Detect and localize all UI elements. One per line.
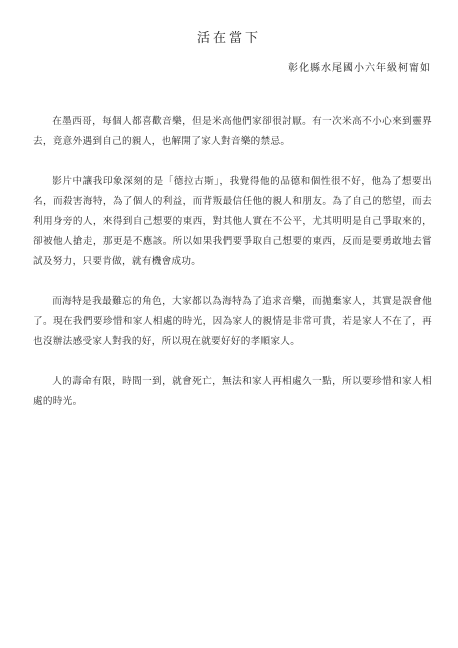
essay-title: 活在當下 [0, 0, 458, 48]
document-page: 活在當下 彰化縣水尾國小六年級柯甯如 在墨西哥，每個人都喜歡音樂，但是米高他們家… [0, 0, 458, 648]
essay-paragraph-2: 影片中讓我印象深刻的是「德拉古斯」，我覺得他的品德和個性很不好，他為了想要出名，… [33, 172, 432, 272]
essay-paragraph-1: 在墨西哥，每個人都喜歡音樂，但是米高他們家卻很討厭。有一次米高不小心來到靈界去，… [33, 112, 432, 152]
essay-author-byline: 彰化縣水尾國小六年級柯甯如 [0, 61, 458, 77]
essay-paragraph-4: 人的壽命有限，時間一到，就會死亡，無法和家人再相處久一點，所以要珍惜和家人相處的… [33, 372, 432, 412]
essay-paragraph-3: 而海特是我最難忘的角色，大家都以為海特為了追求音樂，而拋棄家人，其實是誤會他了。… [33, 292, 432, 352]
essay-body: 在墨西哥，每個人都喜歡音樂，但是米高他們家卻很討厭。有一次米高不小心來到靈界去，… [0, 112, 458, 412]
